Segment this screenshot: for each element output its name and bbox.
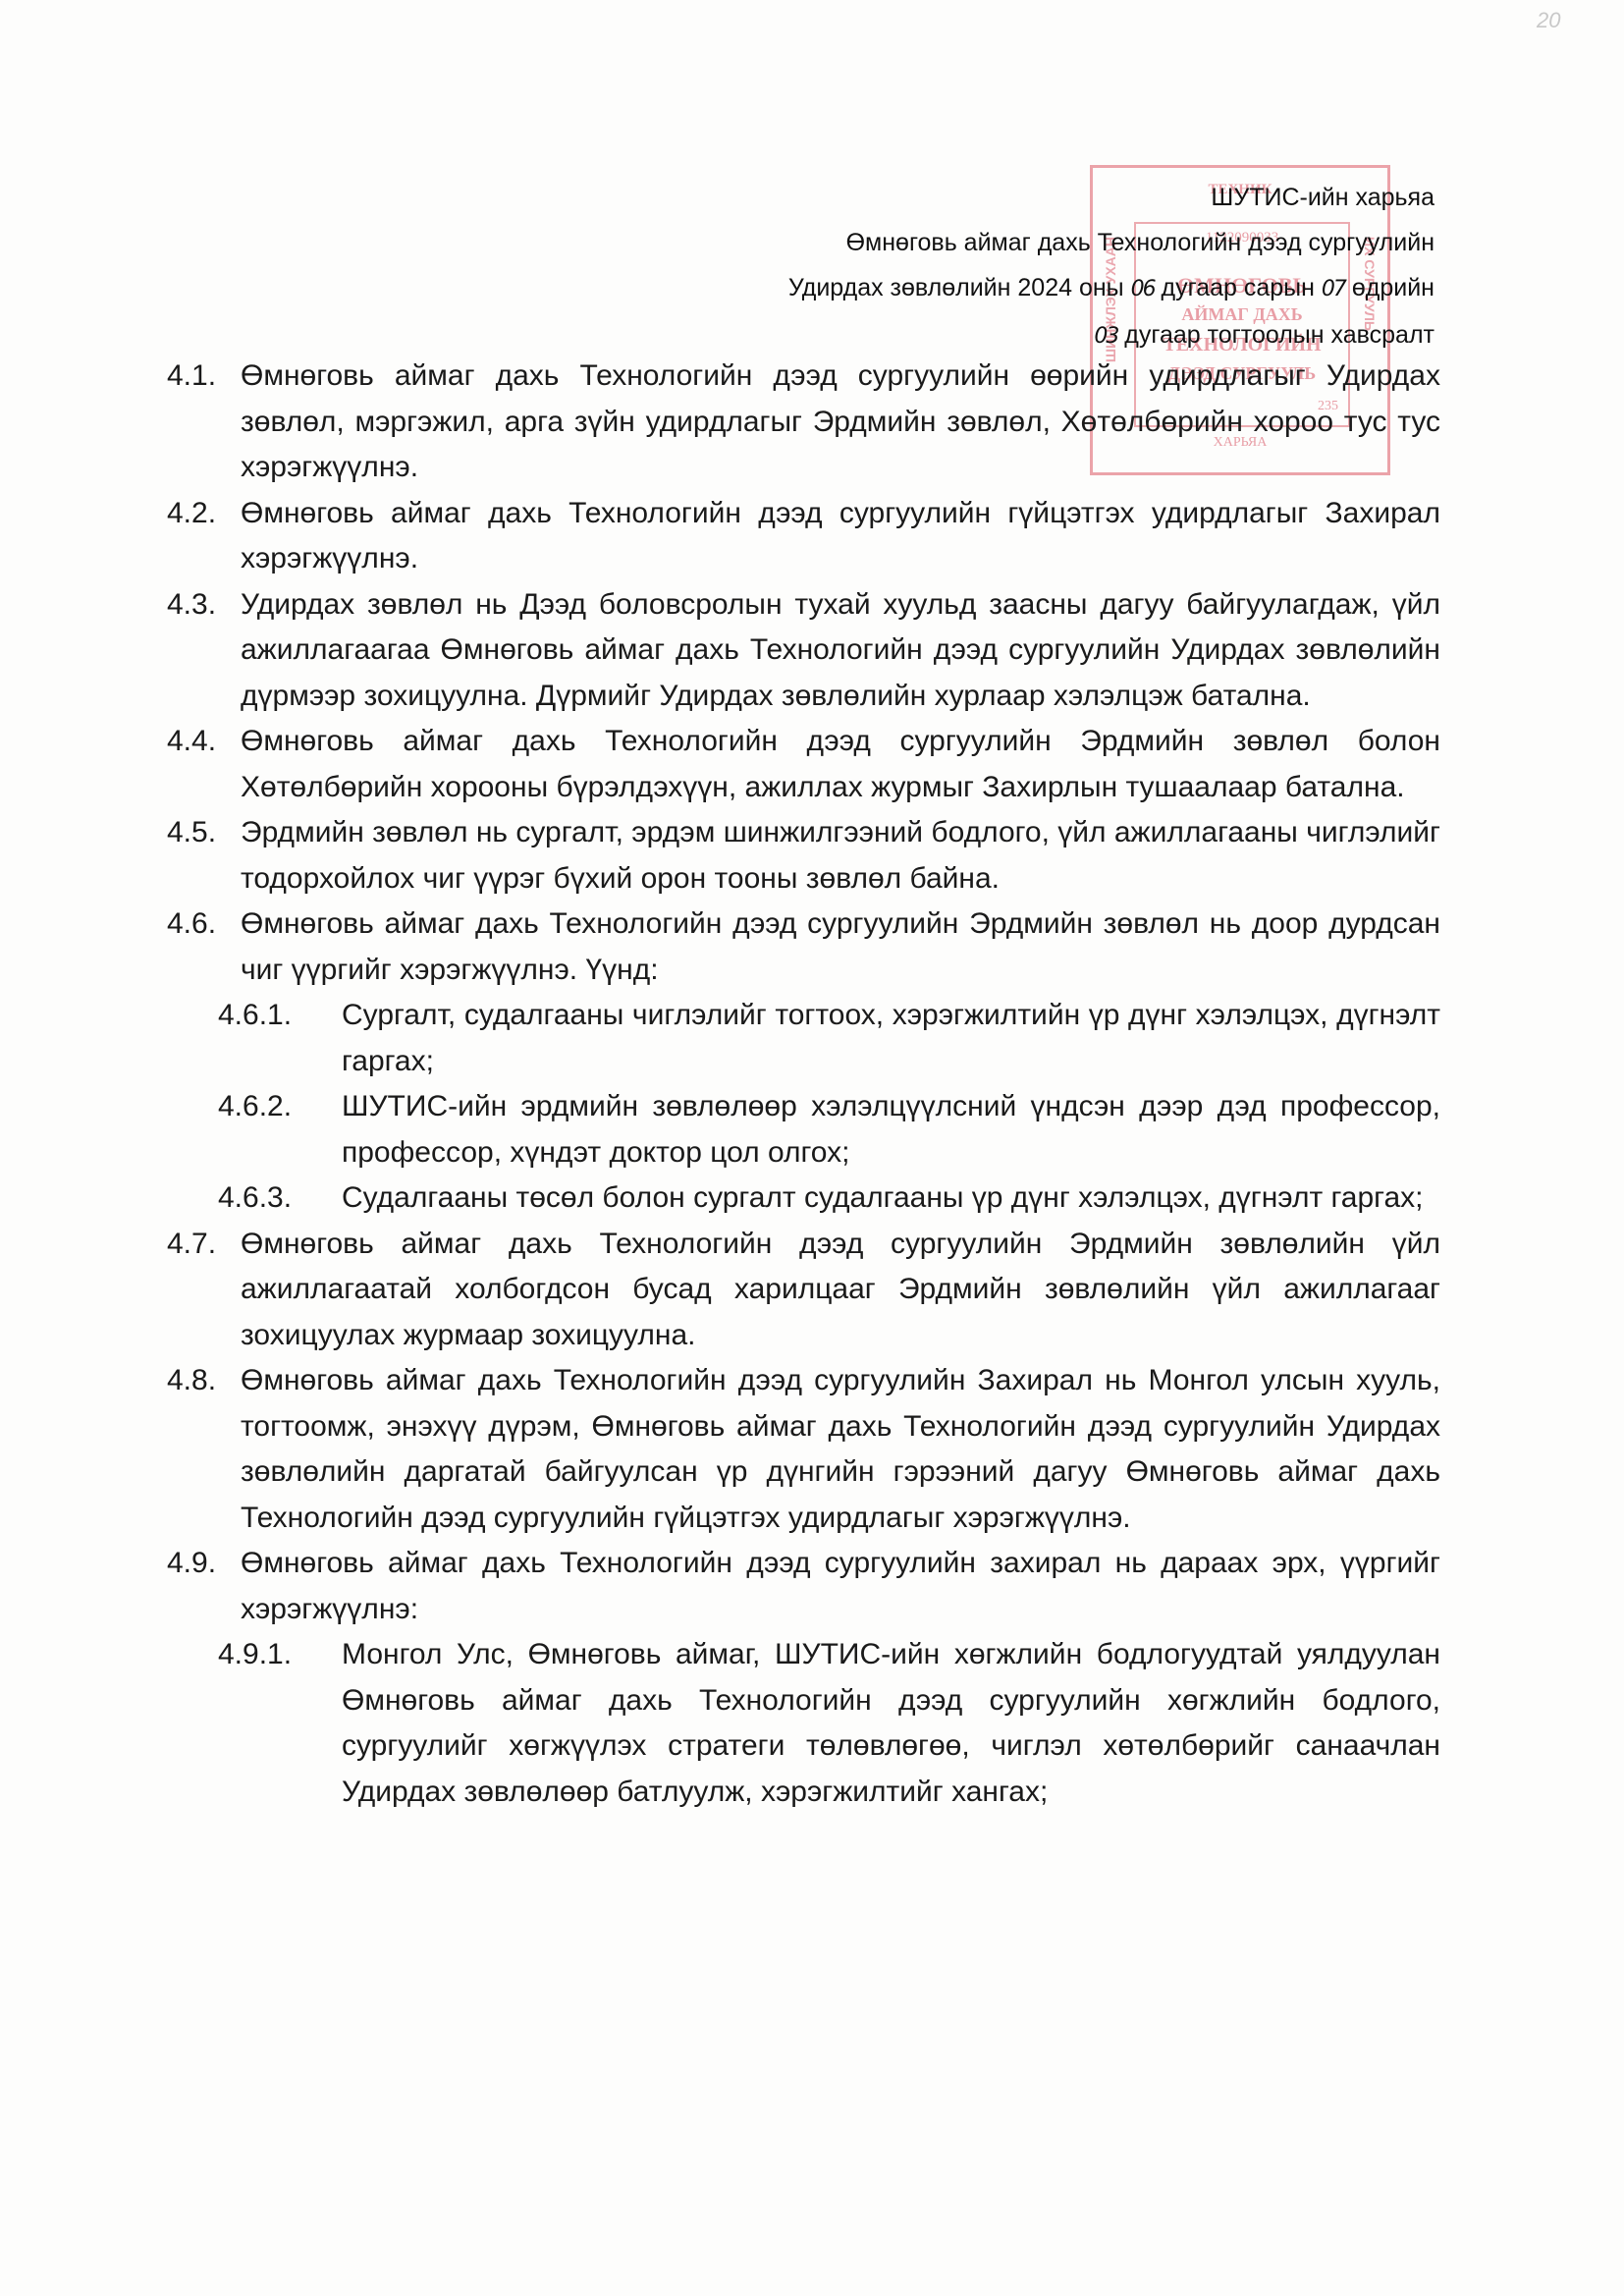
header-line-2: Өмнөговь аймаг дахь Технологийн дээд сур… xyxy=(788,220,1435,265)
clause-4-3: 4.3.Удирдах зөвлөл нь Дээд боловсролын т… xyxy=(0,582,1624,720)
handwritten-month: 06 xyxy=(1131,277,1155,301)
clause-4-6: 4.6.Өмнөговь аймаг дахь Технологийн дээд… xyxy=(0,902,1624,993)
clause-4-1: 4.1.Өмнөговь аймаг дахь Технологийн дээд… xyxy=(0,354,1624,491)
clause-4-9: 4.9.Өмнөговь аймаг дахь Технологийн дээд… xyxy=(0,1541,1624,1632)
clause-4-9-1: 4.9.1.Монгол Улс, Өмнөговь аймаг, ШУТИС-… xyxy=(0,1632,1624,1815)
clause-4-5: 4.5.Эрдмийн зөвлөл нь сургалт, эрдэм шин… xyxy=(0,810,1624,902)
handwritten-day: 07 xyxy=(1322,277,1345,301)
clause-4-6-3: 4.6.3.Судалгааны төсөл болон сургалт суд… xyxy=(0,1175,1624,1222)
clause-4-2: 4.2.Өмнөговь аймаг дахь Технологийн дээд… xyxy=(0,491,1624,582)
header-line-1: ШУТИС-ийн харьяа xyxy=(788,175,1435,220)
document-body: 4.1.Өмнөговь аймаг дахь Технологийн дээд… xyxy=(0,354,1624,1815)
header-line-4: 03 дугаар тогтоолын хавсралт xyxy=(788,312,1435,359)
pencil-page-mark: 20 xyxy=(1537,8,1560,33)
clause-4-6-2: 4.6.2.ШУТИС-ийн эрдмийн зөвлөлөөр хэлэлц… xyxy=(0,1084,1624,1175)
clause-4-7: 4.7.Өмнөговь аймаг дахь Технологийн дээд… xyxy=(0,1222,1624,1359)
clause-4-8: 4.8.Өмнөговь аймаг дахь Технологийн дээд… xyxy=(0,1358,1624,1541)
clause-4-4: 4.4.Өмнөговь аймаг дахь Технологийн дээд… xyxy=(0,719,1624,810)
header-line-3: Удирдах зөвлөлийн 2024 оны 06 дугаар сар… xyxy=(788,265,1435,312)
clause-4-6-1: 4.6.1.Сургалт, судалгааны чиглэлийг тогт… xyxy=(0,993,1624,1084)
handwritten-resolution-number: 03 xyxy=(1094,324,1117,349)
appendix-header: ШУТИС-ийн харьяа Өмнөговь аймаг дахь Тех… xyxy=(788,175,1435,359)
